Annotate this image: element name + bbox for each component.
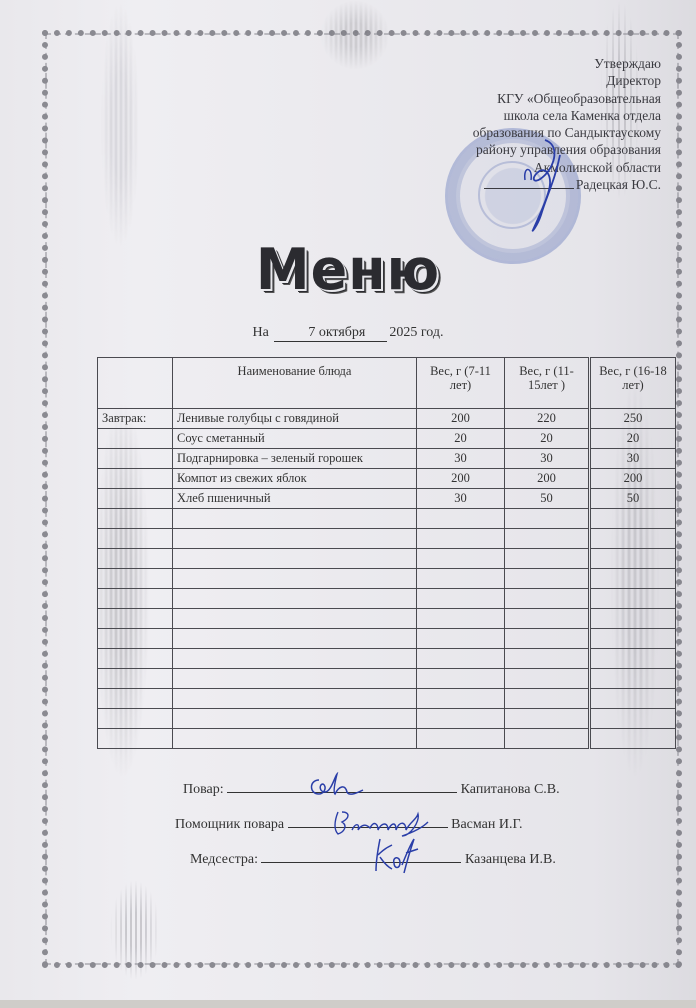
empty-cell bbox=[98, 569, 173, 589]
weight-16-18-cell: 250 bbox=[590, 409, 676, 429]
weight-11-15-cell: 200 bbox=[505, 469, 590, 489]
empty-cell bbox=[173, 569, 417, 589]
weight-11-15-cell: 20 bbox=[505, 429, 590, 449]
table-row: Подгарнировка – зеленый горошек303030 bbox=[98, 449, 676, 469]
empty-cell bbox=[505, 629, 590, 649]
empty-cell bbox=[417, 669, 505, 689]
dish-cell: Хлеб пшеничный bbox=[173, 489, 417, 509]
weight-16-18-cell: 30 bbox=[590, 449, 676, 469]
empty-cell bbox=[505, 729, 590, 749]
empty-cell bbox=[505, 569, 590, 589]
empty-cell bbox=[505, 689, 590, 709]
dish-cell: Компот из свежих яблок bbox=[173, 469, 417, 489]
signature-line bbox=[288, 815, 448, 828]
staff-name: Казанцева И.В. bbox=[465, 852, 556, 867]
weight-7-11-cell: 30 bbox=[417, 489, 505, 509]
empty-cell bbox=[98, 549, 173, 569]
empty-cell bbox=[173, 589, 417, 609]
empty-cell bbox=[505, 529, 590, 549]
header-weight-11-15: Вес, г (11-15лет ) bbox=[505, 358, 590, 409]
meal-cell bbox=[98, 429, 173, 449]
empty-cell bbox=[173, 509, 417, 529]
weight-7-11-cell: 20 bbox=[417, 429, 505, 449]
empty-cell bbox=[505, 609, 590, 629]
table-row: Завтрак:Ленивые голубцы с говядиной20022… bbox=[98, 409, 676, 429]
empty-cell bbox=[590, 689, 676, 709]
menu-table: Наименование блюда Вес, г (7-11 лет) Вес… bbox=[97, 357, 676, 749]
weight-7-11-cell: 30 bbox=[417, 449, 505, 469]
empty-table-row bbox=[98, 589, 676, 609]
empty-cell bbox=[417, 629, 505, 649]
empty-cell bbox=[417, 649, 505, 669]
empty-table-row bbox=[98, 569, 676, 589]
staff-role: Помощник повара bbox=[175, 817, 284, 832]
signature-line bbox=[261, 850, 461, 863]
header-weight-16-18: Вес, г (16-18 лет) bbox=[590, 358, 676, 409]
approval-line: Акмолинской области bbox=[473, 159, 661, 176]
signature-line bbox=[484, 178, 574, 189]
empty-table-row bbox=[98, 649, 676, 669]
empty-cell bbox=[417, 709, 505, 729]
empty-table-row bbox=[98, 629, 676, 649]
table-row: Компот из свежих яблок200200200 bbox=[98, 469, 676, 489]
empty-cell bbox=[590, 529, 676, 549]
empty-cell bbox=[417, 689, 505, 709]
empty-cell bbox=[505, 549, 590, 569]
staff-row-nurse: Медсестра: Казанцева И.В. bbox=[190, 850, 556, 868]
empty-cell bbox=[590, 649, 676, 669]
empty-cell bbox=[98, 709, 173, 729]
weight-16-18-cell: 20 bbox=[590, 429, 676, 449]
header-weight-7-11: Вес, г (7-11 лет) bbox=[417, 358, 505, 409]
approval-line: школа села Каменка отдела bbox=[473, 107, 661, 124]
staff-row-assistant: Помощник повара Васман И.Г. bbox=[175, 815, 523, 833]
empty-cell bbox=[590, 709, 676, 729]
staff-row-cook: Повар: Капитанова С.В. bbox=[183, 780, 560, 798]
weight-7-11-cell: 200 bbox=[417, 469, 505, 489]
date-prefix: На bbox=[252, 325, 268, 340]
signature-line bbox=[227, 780, 457, 793]
empty-cell bbox=[417, 609, 505, 629]
table-row: Хлеб пшеничный305050 bbox=[98, 489, 676, 509]
empty-cell bbox=[98, 689, 173, 709]
empty-cell bbox=[98, 509, 173, 529]
approval-signer: Радецкая Ю.С. bbox=[576, 177, 661, 192]
staff-role: Повар: bbox=[183, 782, 224, 797]
empty-cell bbox=[173, 629, 417, 649]
empty-cell bbox=[98, 669, 173, 689]
date-line: На 7 октября2025 год. bbox=[0, 325, 696, 342]
empty-cell bbox=[417, 569, 505, 589]
empty-cell bbox=[98, 529, 173, 549]
empty-cell bbox=[590, 629, 676, 649]
empty-cell bbox=[417, 589, 505, 609]
meal-cell bbox=[98, 449, 173, 469]
empty-table-row bbox=[98, 689, 676, 709]
empty-cell bbox=[173, 529, 417, 549]
weight-16-18-cell: 50 bbox=[590, 489, 676, 509]
empty-cell bbox=[173, 609, 417, 629]
weight-11-15-cell: 220 bbox=[505, 409, 590, 429]
meal-cell bbox=[98, 469, 173, 489]
empty-cell bbox=[98, 649, 173, 669]
empty-cell bbox=[98, 589, 173, 609]
empty-cell bbox=[590, 569, 676, 589]
empty-cell bbox=[590, 609, 676, 629]
empty-cell bbox=[417, 509, 505, 529]
staff-role: Медсестра: bbox=[190, 852, 258, 867]
empty-cell bbox=[590, 509, 676, 529]
dish-cell: Ленивые голубцы с говядиной bbox=[173, 409, 417, 429]
meal-cell bbox=[98, 489, 173, 509]
empty-cell bbox=[505, 649, 590, 669]
staff-name: Васман И.Г. bbox=[451, 817, 522, 832]
empty-cell bbox=[505, 509, 590, 529]
table-header-row: Наименование блюда Вес, г (7-11 лет) Вес… bbox=[98, 358, 676, 409]
empty-cell bbox=[590, 669, 676, 689]
empty-cell bbox=[590, 589, 676, 609]
empty-cell bbox=[173, 549, 417, 569]
empty-table-row bbox=[98, 509, 676, 529]
empty-cell bbox=[505, 589, 590, 609]
header-dish: Наименование блюда bbox=[173, 358, 417, 409]
empty-cell bbox=[173, 689, 417, 709]
empty-cell bbox=[417, 729, 505, 749]
date-year: 2025 год. bbox=[389, 325, 443, 340]
empty-cell bbox=[173, 729, 417, 749]
empty-cell bbox=[98, 629, 173, 649]
approval-signer-row: Радецкая Ю.С. bbox=[473, 176, 661, 193]
empty-cell bbox=[417, 549, 505, 569]
approval-line: Директор bbox=[473, 72, 661, 89]
empty-table-row bbox=[98, 669, 676, 689]
empty-table-row bbox=[98, 549, 676, 569]
empty-cell bbox=[98, 729, 173, 749]
date-day: 7 октября bbox=[274, 325, 387, 342]
table-row: Соус сметанный202020 bbox=[98, 429, 676, 449]
approval-block: Утверждаю Директор КГУ «Общеобразователь… bbox=[473, 55, 661, 193]
empty-cell bbox=[417, 529, 505, 549]
weight-11-15-cell: 30 bbox=[505, 449, 590, 469]
meal-cell: Завтрак: bbox=[98, 409, 173, 429]
staff-name: Капитанова С.В. bbox=[461, 782, 560, 797]
empty-cell bbox=[173, 709, 417, 729]
empty-cell bbox=[590, 549, 676, 569]
approval-line: образования по Сандыктаускому bbox=[473, 124, 661, 141]
weight-11-15-cell: 50 bbox=[505, 489, 590, 509]
page-title: Меню bbox=[0, 236, 696, 302]
empty-table-row bbox=[98, 709, 676, 729]
header-meal bbox=[98, 358, 173, 409]
dish-cell: Подгарнировка – зеленый горошек bbox=[173, 449, 417, 469]
empty-cell bbox=[173, 649, 417, 669]
empty-table-row bbox=[98, 529, 676, 549]
empty-cell bbox=[590, 729, 676, 749]
weight-7-11-cell: 200 bbox=[417, 409, 505, 429]
empty-table-row bbox=[98, 729, 676, 749]
desk-surface bbox=[0, 1000, 696, 1008]
approval-line: району управления образования bbox=[473, 141, 661, 158]
empty-cell bbox=[173, 669, 417, 689]
dish-cell: Соус сметанный bbox=[173, 429, 417, 449]
approval-line: Утверждаю bbox=[473, 55, 661, 72]
weight-16-18-cell: 200 bbox=[590, 469, 676, 489]
approval-line: КГУ «Общеобразовательная bbox=[473, 90, 661, 107]
empty-cell bbox=[505, 709, 590, 729]
empty-cell bbox=[505, 669, 590, 689]
empty-cell bbox=[98, 609, 173, 629]
empty-table-row bbox=[98, 609, 676, 629]
